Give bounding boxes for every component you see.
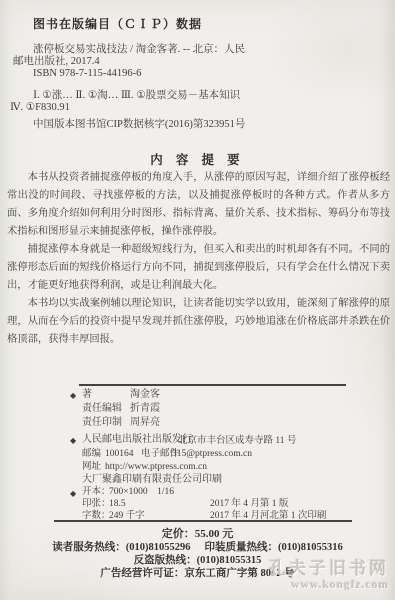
format-value: 700×1000 1/16 (109, 487, 174, 498)
book-copyright-page: 图书在版编目（ＣＩＰ）数据 涨停板交易实战技法 / 淘金客著. -- 北京：人民… (0, 0, 395, 600)
ad-license-number: 广告经营许可证：京东工商广字第 8052 号 (100, 565, 294, 580)
cip-record-number: 中国版本图书馆CIP数据核字(2016)第323951号 (33, 119, 245, 131)
sheets-value: 18.5 (109, 499, 126, 510)
price-divider (54, 520, 352, 522)
editor-name: 折青霞 (130, 403, 160, 415)
editor-label: 责任编辑 (82, 403, 122, 415)
cip-isbn-line: ISBN 978-7-115-44196-6 (33, 68, 141, 80)
watermark-site-name: 孔夫子旧书网 (269, 560, 389, 579)
watermark-site-url: www.kongfz.com (269, 579, 389, 592)
postcode-label: 邮编 (82, 449, 101, 460)
postcode-value: 100164 (105, 449, 134, 460)
cip-header: 图书在版编目（ＣＩＰ）数据 (33, 17, 202, 31)
website-label: 网址 (82, 462, 101, 473)
cip-publisher-line: 邮电出版社, 2017.4 (13, 56, 100, 68)
colophon-divider-top (79, 384, 346, 386)
summary-paragraph-2: 捕捉涨停本身就是一种超级短线行为，但买入和卖出的时机却各有不同。不同的涨停形态后… (7, 241, 390, 295)
sheets-label: 印张： (82, 499, 111, 510)
diamond-bullet-icon: ◆ (70, 435, 76, 447)
summary-paragraph-3: 本书均以实战案例辅以理论知识，让读者能切实学以致用，能深刻了解涨停的原理，从而在… (7, 295, 390, 349)
author-name: 淘金客 (130, 389, 160, 401)
email-value: 315@ptpress.com.cn (172, 449, 252, 460)
edition-info: 2017 年 4 月第 1 版 (210, 499, 288, 510)
kongfz-watermark: 孔夫子旧书网 www.kongfz.com (269, 560, 389, 591)
printing-company: 大厂聚鑫印刷有限责任公司印刷 (82, 474, 222, 486)
summary-paragraph-1: 本书从投资者捕捉涨停板的角度入手，从涨停的原因写起，详细介绍了涨停板经常出没的时… (7, 169, 390, 241)
format-label: 开本： (82, 487, 111, 498)
summary-body: 本书从投资者捕捉涨停板的角度入手，从涨停的原因写起，详细介绍了涨停板经常出没的时… (7, 169, 390, 349)
author-label: 著 (82, 389, 92, 401)
publisher-address: 北京市丰台区成寿寺路 11 号 (178, 436, 296, 447)
website-value: http://www.ptpress.com.cn (105, 462, 207, 473)
print-supervisor-name: 周昇亮 (130, 417, 160, 429)
print-supervisor-label: 责任印制 (82, 417, 122, 429)
diamond-bullet-icon: ◆ (70, 488, 76, 500)
diamond-bullet-icon: ◆ (70, 390, 76, 402)
summary-title: 内 容 提 要 (0, 150, 395, 168)
cip-title-line: 涨停板交易实战技法 / 淘金客著. -- 北京：人民 (33, 44, 245, 56)
cip-classification-line-1: Ⅰ. ①涨… Ⅱ. ①淘… Ⅲ. ①股票交易－基本知识 (33, 90, 240, 102)
publisher-name: 人民邮电出版社出版发行 (82, 434, 192, 446)
cip-classification-line-2: Ⅳ. ①F830.91 (10, 102, 70, 114)
